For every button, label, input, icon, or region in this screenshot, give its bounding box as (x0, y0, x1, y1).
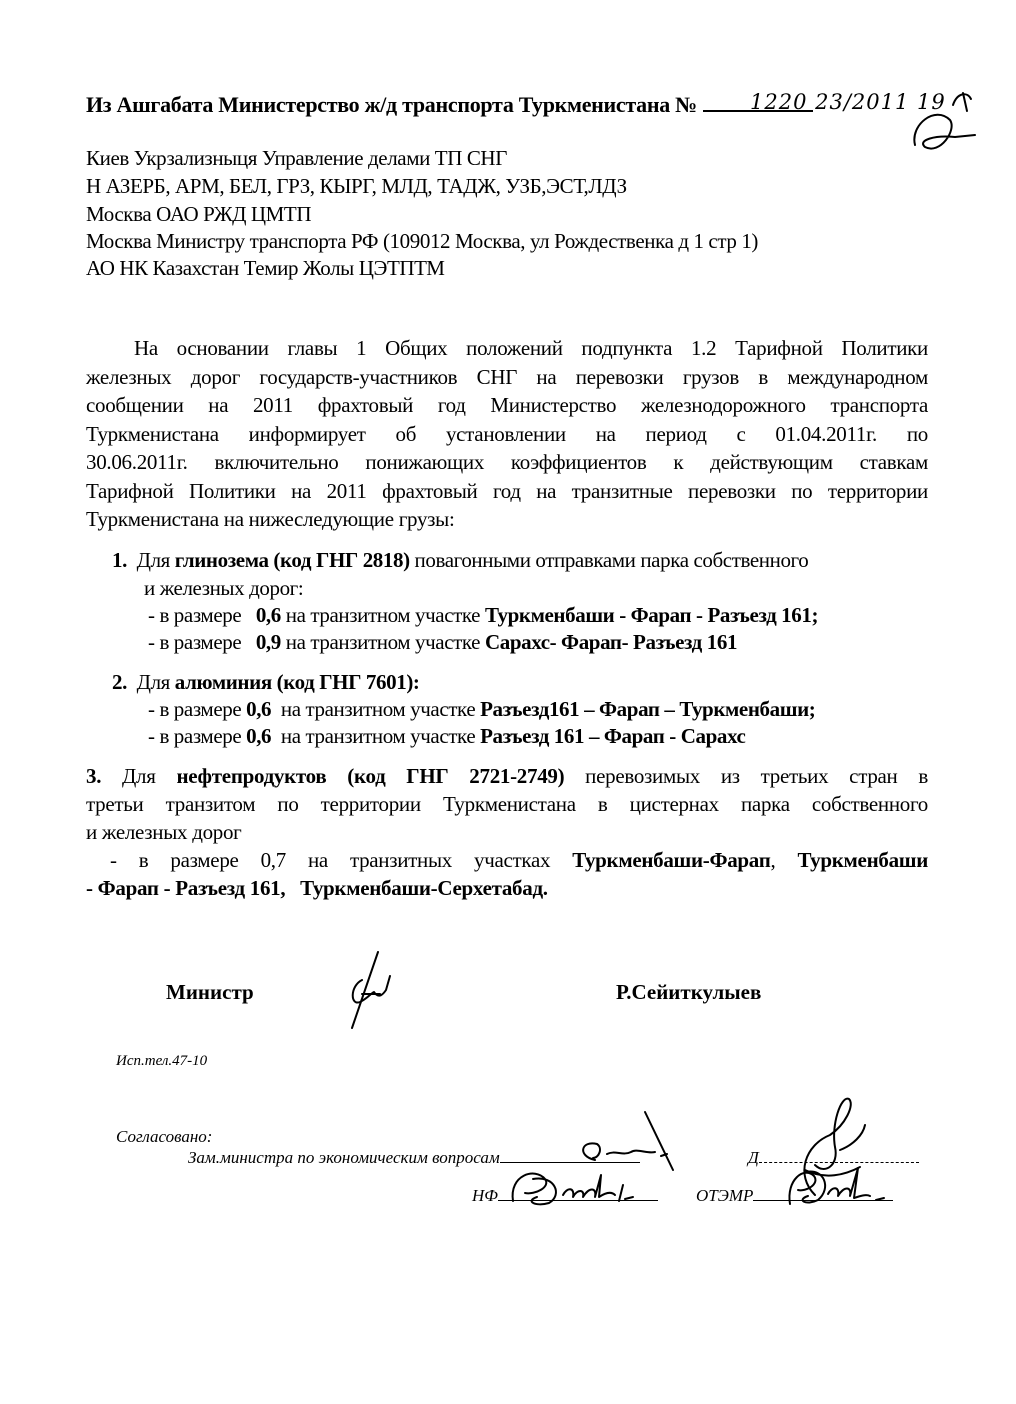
rate-text: на транзитном участке (271, 697, 480, 721)
rate-prefix: - в размере (148, 630, 256, 654)
item-text: Для (101, 764, 176, 788)
handwritten-initials-icon (905, 85, 985, 165)
paragraph-line: Туркменистана на нижеследующие грузы: (86, 505, 928, 534)
header-title: Из Ашгабата Министерство ж/д транспорта … (86, 92, 697, 117)
rate-separator: , (771, 848, 798, 872)
rate-line: - в размере 0,6 на транзитном участке Ту… (148, 603, 818, 628)
item-number: 2. (112, 670, 127, 694)
document-header: Из Ашгабата Министерство ж/д транспорта … (86, 92, 813, 118)
rate-route: Туркменбаши (798, 848, 929, 872)
item-line: и железных дорог (86, 818, 928, 846)
approval-label: Согласовано: (116, 1127, 212, 1147)
item-text: перевозимых из третьих стран в (564, 764, 928, 788)
item-number: 1. (112, 548, 127, 572)
paragraph-line: Туркменистана информирует об установлени… (86, 420, 928, 449)
item-text: Для (137, 670, 175, 694)
minister-signature-icon (340, 950, 410, 1030)
item-line: третьи транзитом по территории Туркменис… (86, 790, 928, 818)
rate-text: на транзитном участке (281, 603, 485, 627)
item-number: 3. (86, 764, 101, 788)
nf-signature-icon (505, 1165, 645, 1210)
rate-value: 0,6 (256, 603, 281, 627)
rate-value: 0,9 (256, 630, 281, 654)
paragraph-line: сообщении на 2011 фрахтовый год Министер… (86, 391, 928, 420)
item-cargo: алюминия (код ГНГ 7601): (175, 670, 420, 694)
rate-text: на транзитном участке (271, 724, 480, 748)
rate-text: на транзитном участке (281, 630, 485, 654)
rate-value: 0,6 (246, 697, 271, 721)
rate-prefix: - в размере (148, 724, 246, 748)
deputy-signature-icon (575, 1110, 685, 1170)
rate-route: Разъезд 161 – Фарап - Сарахс (480, 724, 745, 748)
addressee-line: АО НК Казахстан Темир Жолы ЦЭТПТМ (86, 256, 445, 281)
item-cargo: нефтепродуктов (код ГНГ 2721-2749) (176, 764, 564, 788)
rate-route: Разъезд161 – Фарап – Туркменбаши; (480, 697, 815, 721)
executor-phone: Исп.тел.47-10 (116, 1053, 207, 1070)
otemr-label: ОТЭМР (696, 1186, 753, 1205)
addressee-line: Москва Министру транспорта РФ (109012 Мо… (86, 229, 758, 254)
addressee-line: Н АЗЕРБ, АРМ, БЕЛ, ГРЗ, КЫРГ, МЛД, ТАДЖ,… (86, 174, 627, 199)
intro-paragraph: На основании главы 1 Общих положений под… (86, 334, 928, 534)
rate-line: - в размере 0,6 на транзитном участке Ра… (148, 724, 745, 749)
rate-value: 0,6 (246, 724, 271, 748)
nf-label: НФ (472, 1186, 498, 1205)
item-continuation: и железных дорог: (144, 576, 303, 601)
rate-route: - Фарап - Разъезд 161, Туркменбаши-Серхе… (86, 876, 548, 900)
rate-prefix: - в размере (148, 697, 246, 721)
rate-route: Туркменбаши - Фарап - Разъезд 161; (485, 603, 818, 627)
list-item-3: 3. Для нефтепродуктов (код ГНГ 2721-2749… (86, 762, 928, 902)
otemr-signature-icon (780, 1160, 890, 1210)
signatory-name: Р.Сейиткулыев (616, 980, 761, 1005)
rate-route: Сарахс- Фарап- Разъезд 161 (485, 630, 737, 654)
signatory-position: Министр (166, 980, 254, 1005)
paragraph-line: железных дорог государств-участников СНГ… (86, 363, 928, 392)
paragraph-line: На основании главы 1 Общих положений под… (86, 334, 928, 363)
rate-line: - в размере 0,7 на транзитных участках Т… (86, 846, 928, 874)
rate-text: - в размере 0,7 на транзитных участках (110, 848, 572, 872)
rate-line: - в размере 0,6 на транзитном участке Ра… (148, 697, 815, 722)
list-item-1: 1. Для глинозема (код ГНГ 2818) повагонн… (112, 548, 808, 573)
rate-line: - Фарап - Разъезд 161, Туркменбаши-Серхе… (86, 874, 928, 902)
list-item-2: 2. Для алюминия (код ГНГ 7601): (112, 670, 420, 695)
item-cargo: глинозема (код ГНГ 2818) (175, 548, 410, 572)
rate-line: - в размере 0,9 на транзитном участке Са… (148, 630, 737, 655)
addressee-line: Москва ОАО РЖД ЦМТП (86, 202, 311, 227)
rate-prefix: - в размере (148, 603, 256, 627)
paragraph-line: Тарифной Политики на 2011 фрахтовый год … (86, 477, 928, 506)
d-label: Д (748, 1148, 759, 1167)
item-text: повагонными отправками парка собственног… (410, 548, 809, 572)
item-text: Для (137, 548, 175, 572)
item-line: 3. Для нефтепродуктов (код ГНГ 2721-2749… (86, 762, 928, 790)
deputy-title: Зам.министра по экономическим вопросам (188, 1148, 500, 1167)
rate-route: Туркменбаши-Фарап (572, 848, 770, 872)
addressee-line: Киев Укрзализныця Управление делами ТП С… (86, 146, 507, 171)
paragraph-line: 30.06.2011г. включительно понижающих коэ… (86, 448, 928, 477)
